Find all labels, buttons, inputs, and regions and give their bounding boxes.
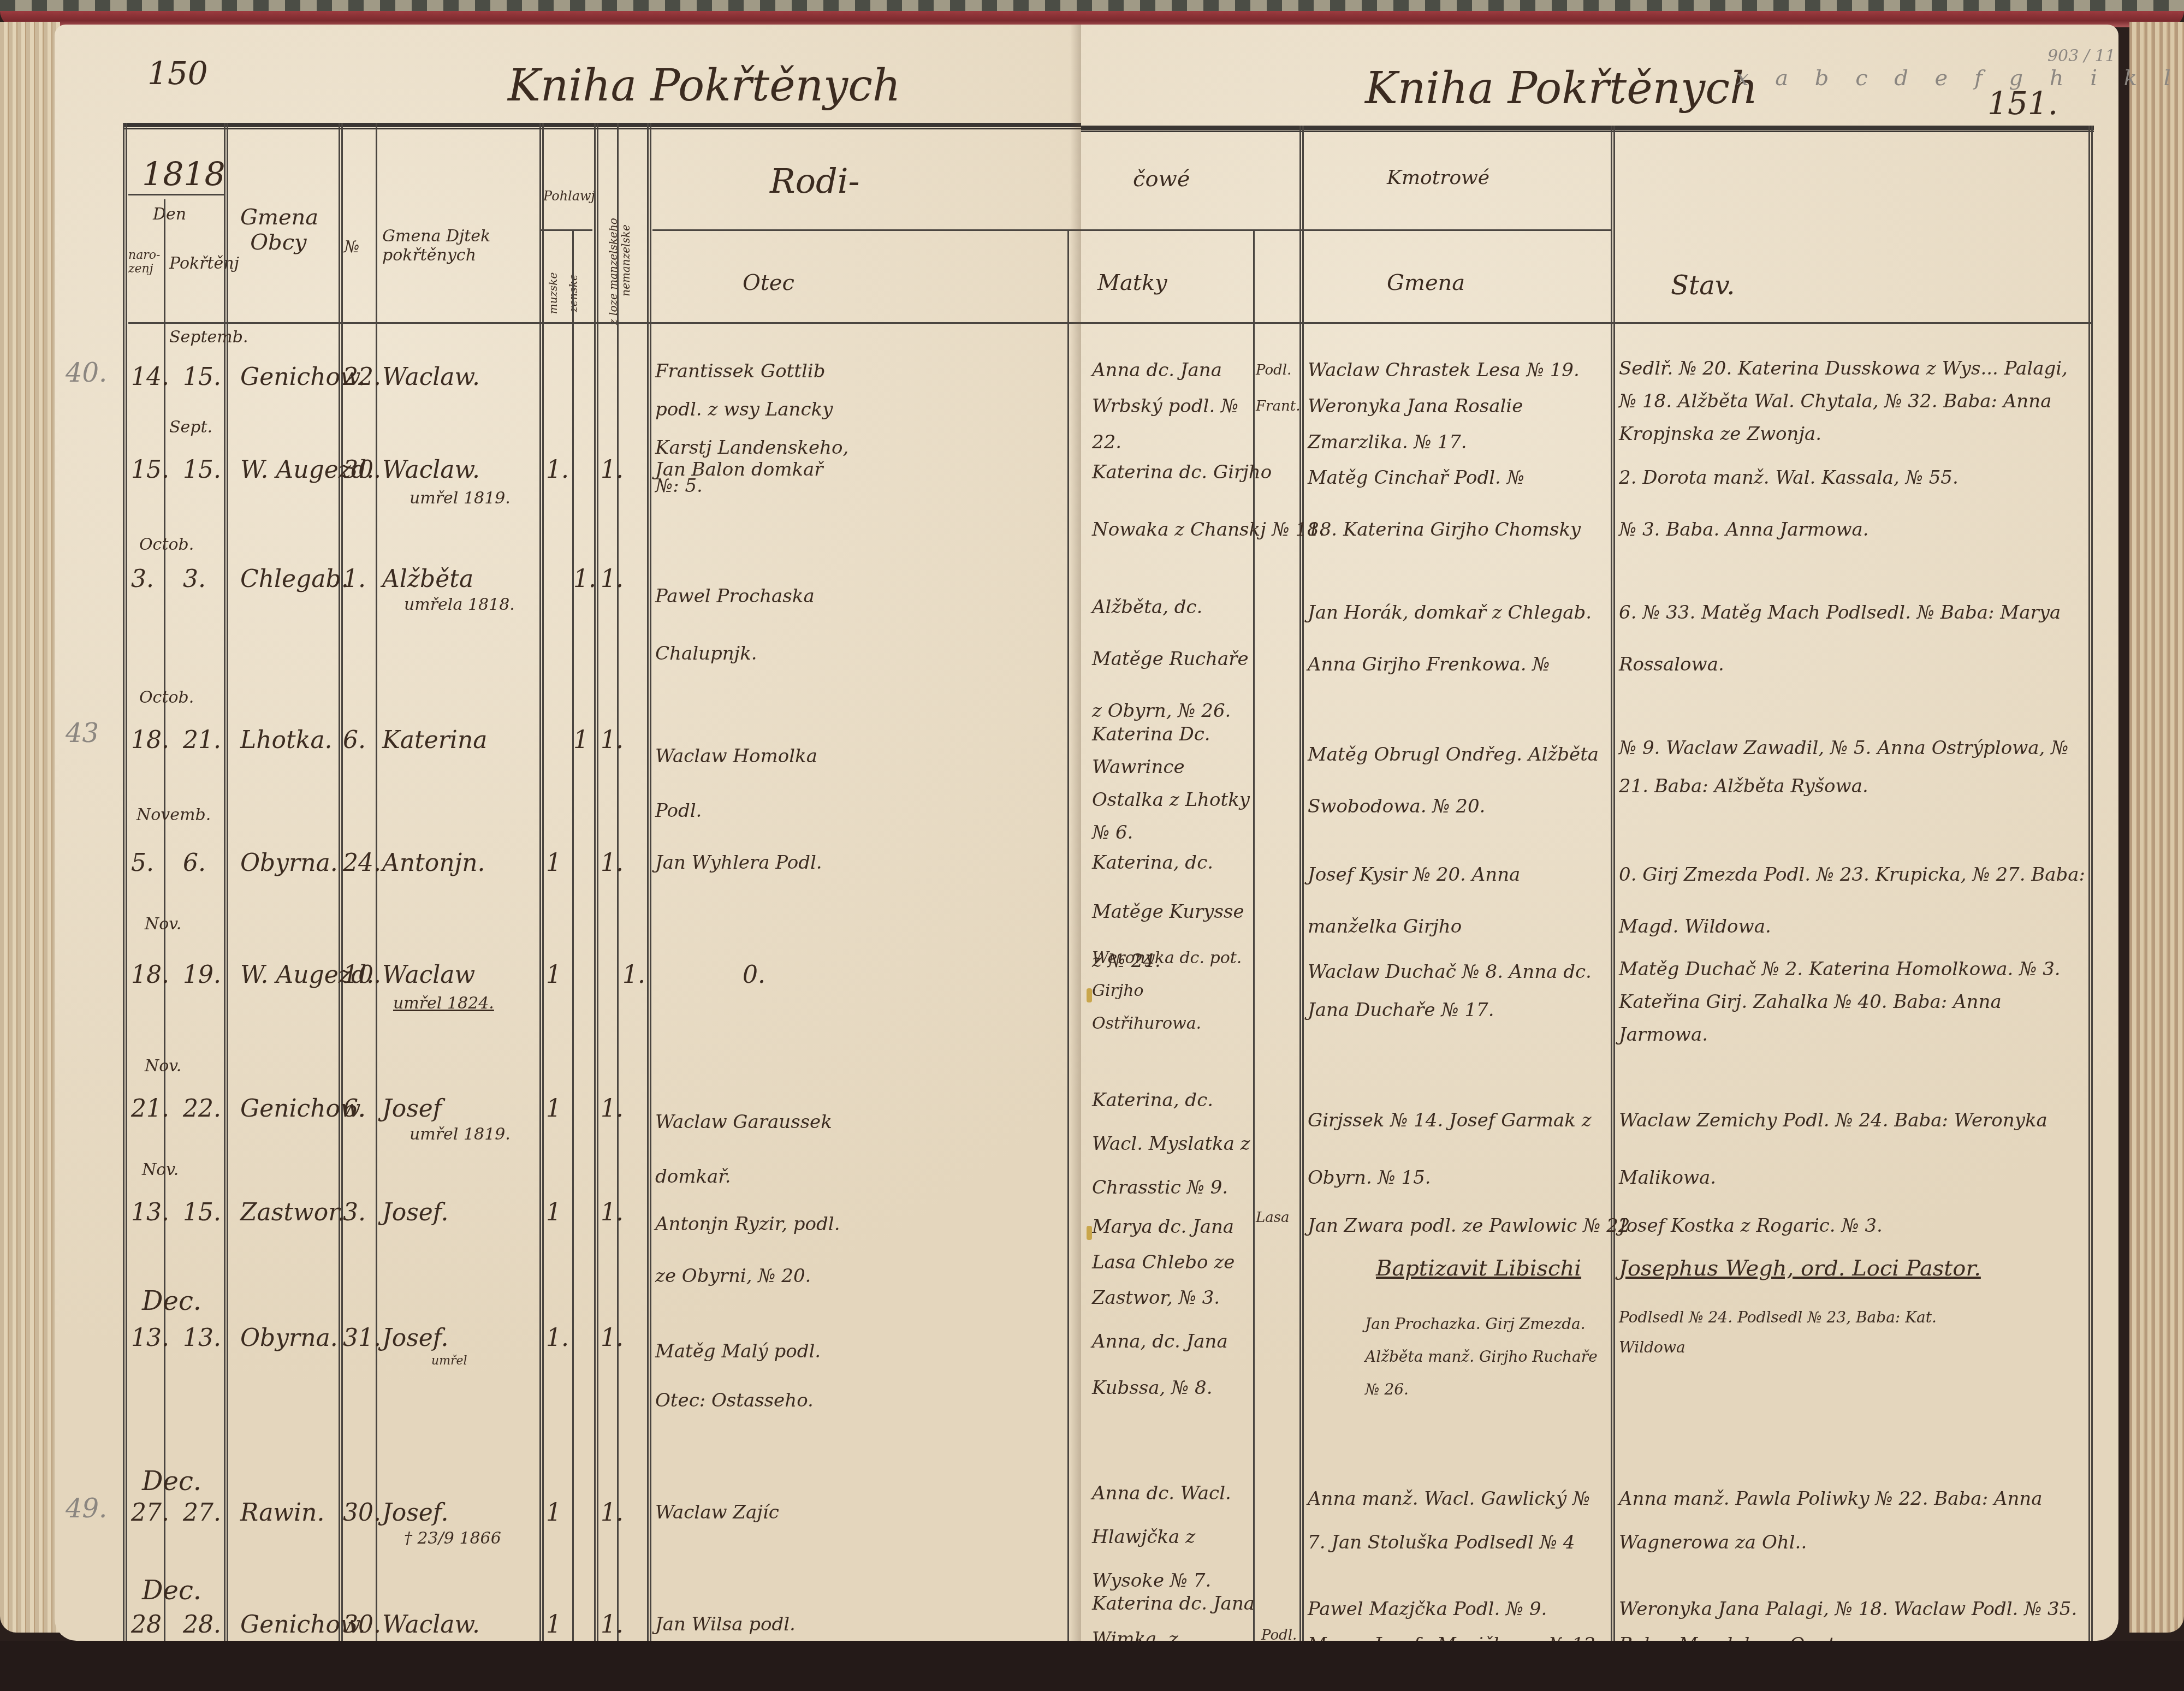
right-page-number: 151. (1987, 85, 2058, 122)
father: Jan Wyhlera Podl. (655, 852, 822, 874)
col-rule (224, 123, 228, 1641)
baptized-day: 28. (183, 1611, 221, 1639)
col-rule (1253, 229, 1255, 1641)
father: 0. (743, 961, 765, 989)
male-mark: 1 (546, 1499, 561, 1527)
header-village: Gmena Obcy (240, 205, 317, 255)
header-status: Stav. (1671, 270, 1735, 301)
godparents: 18. Katerina Girjho Chomsky (1308, 519, 1581, 541)
house-number: 6. (343, 726, 366, 754)
born-day: 3. (131, 565, 154, 593)
archive-mark: 903 / 11 (2048, 46, 2116, 66)
male-mark: 1 (546, 849, 561, 877)
col-rule (1299, 126, 1304, 1641)
month: Dec. (142, 1466, 201, 1497)
death-note: † 23/9 1866 (404, 1529, 501, 1548)
child-name: Alžběta (382, 565, 473, 593)
mother-side-note: Podl. Frant. (1256, 352, 1299, 424)
month: Sept. (169, 418, 212, 437)
legit-mark: 1. (601, 456, 624, 484)
baptized-day: 15. (183, 363, 221, 391)
father: Antonjn Ryzir, podl. ze Obyrni, № 20. (655, 1198, 852, 1302)
margin-mark: 49. (66, 1493, 107, 1524)
header-pokrtenj: Pokřtěnj (169, 254, 239, 273)
father: Waclaw Homolka Podl. (655, 729, 841, 838)
born-day: 13. (131, 1198, 169, 1226)
house-number: 30. (343, 1611, 381, 1639)
child-name: Josef. (382, 1198, 448, 1226)
child-name: Josef (382, 1095, 442, 1123)
mother: Katerina, dc. Wacl. Myslatka z Chrasstic… (1092, 1078, 1256, 1209)
godparents: Josef Kysir № 20. Anna manželka Girjho (1308, 849, 1613, 953)
baptized-day: 22. (183, 1095, 221, 1123)
legit-mark: 1. (601, 1198, 624, 1226)
legit-mark: 1. (601, 1095, 624, 1123)
col-rule (594, 123, 598, 1641)
legit-mark: 1. (601, 1324, 624, 1352)
left-page-number: 150 (147, 55, 208, 92)
mother: Anna dc. Jana Wrbský podl. № 22. (1092, 352, 1250, 460)
house-number: 30. (343, 1499, 381, 1527)
illegit-mark: 1. (622, 961, 645, 989)
col-rule (572, 229, 574, 1641)
header-parents-cont: čowé (1133, 167, 1190, 192)
mother: Alžběta, dc. Matěge Ruchaře z Obyrn, № 2… (1092, 582, 1250, 737)
godparent-status: 2. Dorota manž. Wal. Kassala, № 55. (1619, 467, 1959, 489)
village: Lhotka. (240, 726, 333, 754)
child-name: Waclaw. (382, 363, 480, 391)
born-day: 13. (131, 1324, 169, 1352)
right-page: Kniha Pokřtěnych x a b c d e f g h i k l… (1081, 25, 2118, 1641)
born-day: 14. (131, 363, 169, 391)
baptized-day: 13. (183, 1324, 221, 1352)
header-divider (128, 194, 224, 195)
house-number: 1. (343, 565, 366, 593)
frame-top (123, 123, 1084, 129)
house-number: 24. (343, 849, 381, 877)
death-note: umřel 1824. (393, 994, 494, 1013)
margin-mark: 40. (66, 358, 107, 388)
baptized-day: 27. (183, 1499, 221, 1527)
col-rule (647, 123, 651, 1641)
born-day: 18. (131, 961, 169, 989)
godparent-status: Sedlř. № 20. Katerina Dusskowa z Wys... … (1619, 352, 2088, 450)
month: Octob. (139, 688, 194, 707)
header-illegitimate: nemanzelske (619, 224, 632, 296)
frame-left (123, 123, 127, 1641)
header-bottom-rule (1081, 322, 2091, 324)
child-name: Waclaw. (382, 456, 480, 484)
godparents: Waclaw Chrastek Lesa № 19. Weronyka Jana… (1308, 352, 1613, 460)
godparent-status: Anna manž. Pawla Poliwky № 22. Baba: Ann… (1619, 1477, 2088, 1564)
baptized-day: 19. (183, 961, 221, 989)
house-number: 3. (343, 1198, 366, 1226)
born-day: 21. (131, 1095, 169, 1123)
father: Jan Wilsa podl. (655, 1613, 796, 1635)
legit-mark: 1. (601, 1499, 624, 1527)
header-parents: Rodi- (770, 161, 859, 201)
mother: Nowaka z Chanskj № 18. (1092, 519, 1325, 541)
left-page: 150 Kniha Pokřtěnych 1818 Den naro-zenj … (55, 25, 1081, 1641)
header-divider (541, 229, 592, 231)
born-day: 27. (131, 1499, 169, 1527)
house-number: 10. (343, 961, 381, 989)
binding-thread-knot (1087, 1226, 1092, 1240)
godparents: Jan Prochazka. Girj Zmezda. Alžběta manž… (1365, 1308, 1611, 1406)
baptized-day: 21. (183, 726, 221, 754)
month: Dec. (142, 1286, 201, 1316)
col-rule (617, 123, 619, 1641)
header-den: Den (153, 205, 186, 224)
header-number: № (344, 238, 359, 257)
godparent-status: Waclaw Zemichy Podl. № 24. Baba: Weronyk… (1619, 1092, 2088, 1207)
month: Septemb. (169, 328, 248, 347)
father: Frantissek Gottlib podl. z wsy Lancky Ka… (655, 352, 852, 505)
margin-mark: 43 (66, 718, 99, 749)
baptized-day: 15. (183, 1198, 221, 1226)
house-number: 30. (343, 456, 381, 484)
male-mark: 1 (546, 1198, 561, 1226)
page-stack-right (2129, 22, 2184, 1633)
month: Dec. (142, 1575, 201, 1606)
godparent-status: № 9. Waclaw Zawadil, № 5. Anna Ostrýplow… (1619, 729, 2088, 805)
village: Rawin. (240, 1499, 324, 1527)
header-godparents: Kmotrowé (1387, 167, 1489, 189)
male-mark: 1. (546, 456, 569, 484)
pastor-signature: Josephus Wegh, ord. Loci Pastor. (1619, 1256, 1981, 1281)
header-narozenj: naro-zenj (128, 248, 161, 276)
male-mark: 1. (546, 1324, 569, 1352)
female-mark: 1 (573, 726, 589, 754)
godparent-status: Matěg Duchač № 2. Katerina Homolkowa. № … (1619, 953, 2088, 1051)
born-day: 18. (131, 726, 169, 754)
legit-mark: 1. (601, 726, 624, 754)
page-stack-left (0, 22, 60, 1633)
house-number: 31. (343, 1324, 381, 1352)
child-name: Antonjn. (382, 849, 485, 877)
village: Obyrna. (240, 1324, 338, 1352)
child-name: Katerina (382, 726, 488, 754)
godparents: Jan Horák, domkař z Chlegab. Anna Girjho… (1308, 587, 1613, 691)
godparent-status: Podlsedl № 24. Podlsedl № 23, Baba: Kat.… (1619, 1302, 1957, 1362)
month: Nov. (145, 915, 181, 934)
legit-mark: 1. (601, 565, 624, 593)
col-rule (376, 123, 377, 1641)
father: Matěg Malý podl. Otec: Ostasseho. (655, 1327, 841, 1425)
death-note: umřel 1819. (410, 489, 511, 508)
mother-side-note: Lasa (1256, 1209, 1290, 1226)
frame-right (2088, 126, 2093, 1641)
father: Waclaw Zajíc (655, 1502, 779, 1523)
legit-mark: 1. (601, 849, 624, 877)
baptized-day: 6. (183, 849, 206, 877)
header-mother: Matky (1097, 270, 1167, 295)
header-names: Gmena (1387, 270, 1465, 295)
female-mark: 1. (573, 565, 596, 593)
godparent-status: 0. Girj Zmezda Podl. № 23. Krupicka, № 2… (1619, 849, 2088, 953)
header-sex: Pohlawj (543, 188, 595, 204)
header-bottom-rule (128, 322, 1084, 324)
col-rule (339, 123, 343, 1641)
header-divider (652, 229, 1084, 231)
header-male: muzske (547, 272, 560, 315)
father: Waclaw Garaussek domkař. (655, 1095, 841, 1204)
child-name: Josef. (382, 1324, 448, 1352)
mother: Katerina dc. Girjho (1092, 461, 1272, 483)
month: Octob. (139, 535, 194, 554)
mother: Katerina Dc. Wawrince Ostalka z Lhotky №… (1092, 718, 1256, 849)
father: Jan Balon domkař (655, 459, 823, 480)
village: Obyrna. (240, 849, 338, 877)
godparents: Jan Zwara podl. ze Pawlowic № 22. (1308, 1215, 1636, 1237)
child-name: Waclaw (382, 961, 475, 989)
godparents: Waclaw Duchač № 8. Anna dc. Jana Duchaře… (1308, 953, 1613, 1029)
death-note: umřela 1818. (404, 595, 515, 614)
male-mark: 1 (546, 961, 561, 989)
legit-mark: 1. (601, 1611, 624, 1639)
book-headband (0, 0, 2184, 12)
month: Nov. (145, 1057, 181, 1076)
male-mark: 1 (546, 1611, 561, 1639)
binding-thread-knot (1087, 988, 1092, 1002)
baptized-day: 3. (183, 565, 206, 593)
year: 1818 (142, 156, 225, 194)
male-mark: 1 (546, 1095, 561, 1123)
godparents: Girjssek № 14. Josef Garmak z Obyrn. № 1… (1308, 1092, 1613, 1207)
right-page-title: Kniha Pokřtěnych (1365, 63, 1758, 114)
born-day: 5. (131, 849, 154, 877)
baptized-day: 15. (183, 456, 221, 484)
house-number: 22. (343, 363, 381, 391)
godparents: Matěg Cinchař Podl. № (1308, 467, 1524, 489)
godparent-status: № 3. Baba. Anna Jarmowa. (1619, 519, 1869, 541)
village: Zastwor. (240, 1198, 345, 1226)
godparent-status: Josef Kostka z Rogaric. № 3. (1619, 1215, 1883, 1237)
father: Pawel Prochaska Chalupnjk. (655, 568, 841, 683)
village: Chlegab. (240, 565, 349, 593)
death-note: umřel 1819. (410, 1125, 511, 1144)
death-note: umřel (431, 1354, 467, 1368)
house-number: 6. (343, 1095, 366, 1123)
baptizer-signature: Baptizavit Libischi (1376, 1256, 1581, 1281)
header-father: Otec (743, 270, 794, 295)
pencil-alphabet: x a b c d e f g h i k l m n (1736, 66, 2184, 91)
godparent-status: 6. № 33. Matěg Mach Podlsedl. № Baba: Ma… (1619, 587, 2088, 691)
mother: Anna dc. Wacl. Hlawjčka z Wysoke № 7. (1092, 1472, 1256, 1603)
mother: Weronyka dc. pot. Girjho Ostřihurowa. (1092, 942, 1250, 1040)
left-page-title: Kniha Pokřtěnych (508, 60, 901, 111)
header-child-name: Gmena Djtek pokřtěnych (382, 227, 508, 265)
month: Novemb. (136, 805, 211, 824)
godparents: Matěg Obrugl Ondřeg. Alžběta Swobodowa. … (1308, 729, 1613, 833)
child-name: Josef. (382, 1499, 448, 1527)
scan-background (0, 1641, 2184, 1691)
month: Nov. (142, 1160, 179, 1179)
born-day: 28 (131, 1611, 162, 1639)
header-divider (1081, 229, 1611, 231)
col-rule (539, 123, 544, 1641)
godparents: Anna manž. Wacl. Gawlický № 7. Jan Stolu… (1308, 1477, 1613, 1564)
frame-top (1081, 126, 2094, 132)
born-day: 15. (131, 456, 169, 484)
child-name: Waclaw. (382, 1611, 480, 1639)
mother: Marya dc. Jana Lasa Chlebo ze Zastwor, №… (1092, 1209, 1250, 1316)
mother: Anna, dc. Jana Kubssa, № 8. (1092, 1319, 1250, 1411)
col-rule (1067, 229, 1069, 1641)
